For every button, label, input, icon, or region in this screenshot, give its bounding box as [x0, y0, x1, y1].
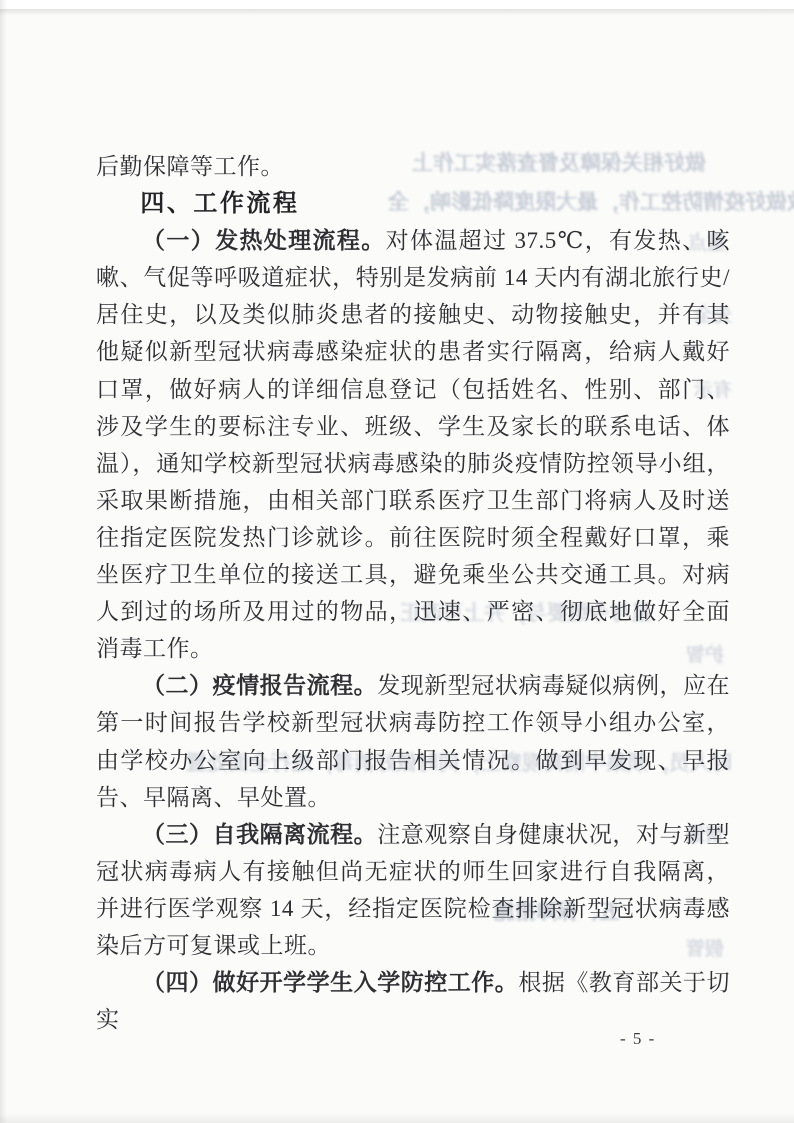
scan-edge-bottom	[0, 1113, 794, 1123]
paragraph-self-isolation-label: （三）自我隔离流程。	[142, 822, 377, 847]
section-heading: 四、工作流程	[96, 185, 730, 222]
document-page: 做好相关保障及督查落实工作上 为有效做好疫情防控工作，最大限度降低影响，全 重点…	[0, 0, 794, 1123]
scan-edge-left	[0, 0, 7, 1123]
paragraph-self-isolation: （三）自我隔离流程。注意观察自身健康状况，对与新型冠状病毒病人有接触但尚无症状的…	[96, 816, 730, 964]
paragraph-school-opening: （四）做好开学学生入学防控工作。根据《教育部关于切实	[96, 964, 730, 1038]
paragraph-school-opening-label: （四）做好开学学生入学防控工作。	[142, 970, 518, 995]
paragraph-report-process: （二）疫情报告流程。发现新型冠状病毒疑似病例，应在第一时间报告学校新型冠状病毒防…	[96, 667, 730, 815]
scan-edge-top-white	[0, 0, 794, 9]
scan-edge-top	[0, 9, 794, 15]
document-content: 后勤保障等工作。 四、工作流程 （一）发热处理流程。对体温超过 37.5℃，有发…	[96, 148, 730, 1038]
paragraph-fever-process-label: （一）发热处理流程。	[142, 228, 386, 253]
paragraph-fever-process: （一）发热处理流程。对体温超过 37.5℃，有发热、咳嗽、气促等呼吸道症状，特别…	[96, 222, 730, 667]
paragraph-fever-process-body: 对体温超过 37.5℃，有发热、咳嗽、气促等呼吸道症状，特别是发病前 14 天内…	[96, 228, 730, 661]
paragraph-report-process-label: （二）疫情报告流程。	[142, 673, 377, 698]
page-number: - 5 -	[620, 1029, 656, 1049]
continuation-line: 后勤保障等工作。	[96, 148, 730, 185]
